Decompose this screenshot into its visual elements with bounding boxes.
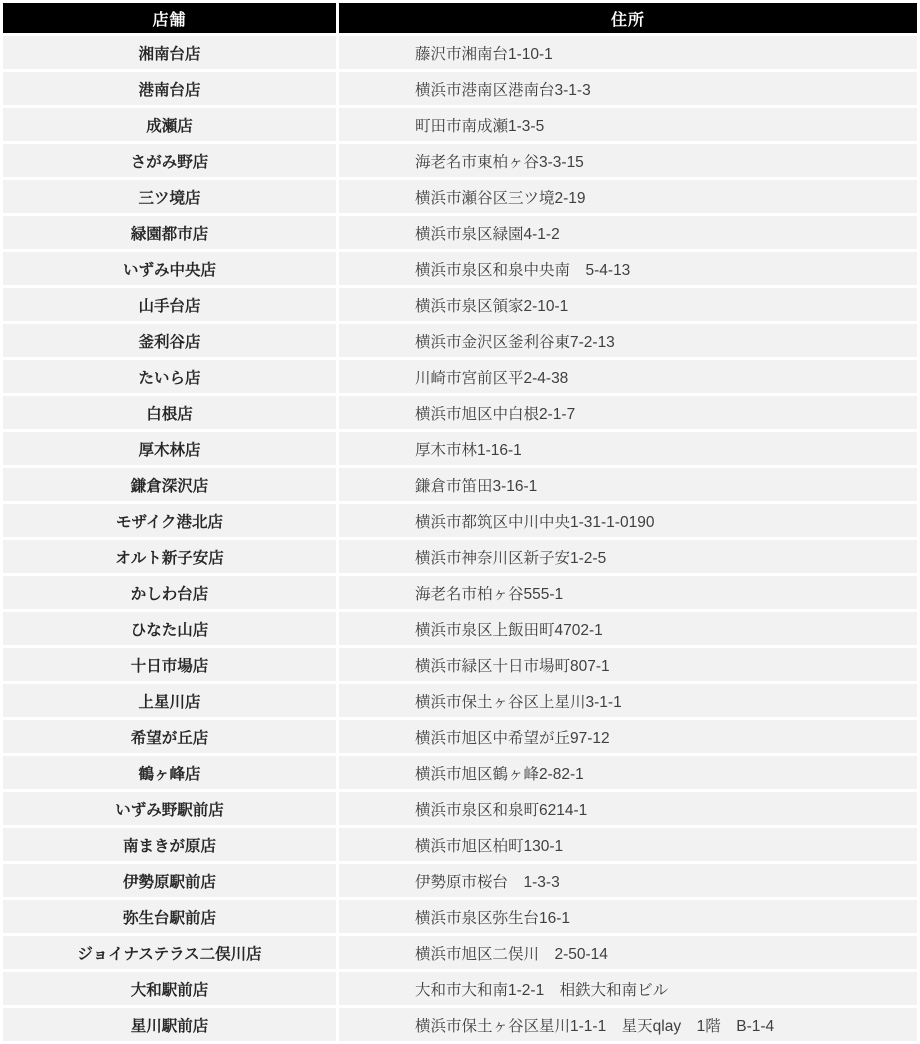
store-name-cell: いずみ中央店 [3,252,336,285]
store-name-cell: 湘南台店 [3,36,336,69]
address-cell: 海老名市柏ヶ谷555-1 [339,576,917,609]
table-row: モザイク港北店 横浜市都筑区中川中央1-31-1-0190 [3,504,917,537]
address-cell: 横浜市泉区上飯田町4702-1 [339,612,917,645]
table-row: 十日市場店 横浜市緑区十日市場町807-1 [3,648,917,681]
table-row: 山手台店 横浜市泉区領家2-10-1 [3,288,917,321]
address-cell: 横浜市泉区緑園4-1-2 [339,216,917,249]
table-row: 湘南台店 藤沢市湘南台1-10-1 [3,36,917,69]
column-header-store: 店舗 [3,3,336,33]
address-cell: 厚木市林1-16-1 [339,432,917,465]
column-header-address: 住所 [339,3,917,33]
table-row: 弥生台駅前店 横浜市泉区弥生台16-1 [3,900,917,933]
address-cell: 鎌倉市笛田3-16-1 [339,468,917,501]
table-row: 伊勢原駅前店 伊勢原市桜台 1-3-3 [3,864,917,897]
store-name-cell: 十日市場店 [3,648,336,681]
address-cell: 横浜市旭区中白根2-1-7 [339,396,917,429]
store-name-cell: ジョイナステラス二俣川店 [3,936,336,969]
address-cell: 横浜市金沢区釜利谷東7-2-13 [339,324,917,357]
address-cell: 川崎市宮前区平2-4-38 [339,360,917,393]
table-row: 鶴ヶ峰店 横浜市旭区鶴ヶ峰2-82-1 [3,756,917,789]
address-cell: 町田市南成瀬1-3-5 [339,108,917,141]
store-name-cell: ひなた山店 [3,612,336,645]
address-cell: 横浜市保土ヶ谷区上星川3-1-1 [339,684,917,717]
table-row: 三ツ境店 横浜市瀬谷区三ツ境2-19 [3,180,917,213]
table-header: 店舗 住所 [3,3,917,33]
address-cell: 伊勢原市桜台 1-3-3 [339,864,917,897]
address-cell: 横浜市保土ヶ谷区星川1-1-1 星天qlay 1階 B-1-4 [339,1008,917,1041]
address-cell: 横浜市旭区中希望が丘97-12 [339,720,917,753]
table-row: 港南台店 横浜市港南区港南台3-1-3 [3,72,917,105]
store-name-cell: モザイク港北店 [3,504,336,537]
store-name-cell: 山手台店 [3,288,336,321]
table-row: 白根店 横浜市旭区中白根2-1-7 [3,396,917,429]
store-name-cell: 大和駅前店 [3,972,336,1005]
address-cell: 横浜市港南区港南台3-1-3 [339,72,917,105]
table-row: ジョイナステラス二俣川店 横浜市旭区二俣川 2-50-14 [3,936,917,969]
store-name-cell: 成瀬店 [3,108,336,141]
table-row: さがみ野店 海老名市東柏ヶ谷3-3-15 [3,144,917,177]
table-row: いずみ野駅前店 横浜市泉区和泉町6214-1 [3,792,917,825]
table-row: 成瀬店 町田市南成瀬1-3-5 [3,108,917,141]
address-cell: 横浜市都筑区中川中央1-31-1-0190 [339,504,917,537]
table-row: 緑園都市店 横浜市泉区緑園4-1-2 [3,216,917,249]
table-row: ひなた山店 横浜市泉区上飯田町4702-1 [3,612,917,645]
store-name-cell: 港南台店 [3,72,336,105]
store-name-cell: 釜利谷店 [3,324,336,357]
table-row: 星川駅前店 横浜市保土ヶ谷区星川1-1-1 星天qlay 1階 B-1-4 [3,1008,917,1041]
address-cell: 藤沢市湘南台1-10-1 [339,36,917,69]
address-cell: 横浜市瀬谷区三ツ境2-19 [339,180,917,213]
table-row: 上星川店 横浜市保土ヶ谷区上星川3-1-1 [3,684,917,717]
header-row: 店舗 住所 [3,3,917,33]
table-row: いずみ中央店 横浜市泉区和泉中央南 5-4-13 [3,252,917,285]
address-cell: 横浜市旭区柏町130-1 [339,828,917,861]
store-name-cell: 厚木林店 [3,432,336,465]
table-row: 厚木林店 厚木市林1-16-1 [3,432,917,465]
store-name-cell: 希望が丘店 [3,720,336,753]
store-name-cell: オルト新子安店 [3,540,336,573]
store-name-cell: 鶴ヶ峰店 [3,756,336,789]
store-name-cell: 星川駅前店 [3,1008,336,1041]
store-table-body: 湘南台店 藤沢市湘南台1-10-1 港南台店 横浜市港南区港南台3-1-3 成瀬… [3,36,917,1041]
table-row: 大和駅前店 大和市大和南1-2-1 相鉄大和南ビル [3,972,917,1005]
store-name-cell: 上星川店 [3,684,336,717]
store-address-table: 店舗 住所 湘南台店 藤沢市湘南台1-10-1 港南台店 横浜市港南区港南台3-… [0,0,920,1044]
table-row: 希望が丘店 横浜市旭区中希望が丘97-12 [3,720,917,753]
table-row: 鎌倉深沢店 鎌倉市笛田3-16-1 [3,468,917,501]
store-name-cell: 伊勢原駅前店 [3,864,336,897]
address-cell: 大和市大和南1-2-1 相鉄大和南ビル [339,972,917,1005]
table-row: 南まきが原店 横浜市旭区柏町130-1 [3,828,917,861]
store-name-cell: 三ツ境店 [3,180,336,213]
store-name-cell: 弥生台駅前店 [3,900,336,933]
table-row: かしわ台店 海老名市柏ヶ谷555-1 [3,576,917,609]
address-cell: 横浜市泉区領家2-10-1 [339,288,917,321]
store-name-cell: いずみ野駅前店 [3,792,336,825]
address-cell: 横浜市泉区和泉町6214-1 [339,792,917,825]
table-row: 釜利谷店 横浜市金沢区釜利谷東7-2-13 [3,324,917,357]
store-name-cell: 白根店 [3,396,336,429]
page: 店舗 住所 湘南台店 藤沢市湘南台1-10-1 港南台店 横浜市港南区港南台3-… [0,0,920,1044]
address-cell: 横浜市神奈川区新子安1-2-5 [339,540,917,573]
address-cell: 海老名市東柏ヶ谷3-3-15 [339,144,917,177]
address-cell: 横浜市旭区鶴ヶ峰2-82-1 [339,756,917,789]
table-row: オルト新子安店 横浜市神奈川区新子安1-2-5 [3,540,917,573]
store-name-cell: 南まきが原店 [3,828,336,861]
store-name-cell: かしわ台店 [3,576,336,609]
table-row: たいら店 川崎市宮前区平2-4-38 [3,360,917,393]
address-cell: 横浜市泉区和泉中央南 5-4-13 [339,252,917,285]
address-cell: 横浜市緑区十日市場町807-1 [339,648,917,681]
store-name-cell: 鎌倉深沢店 [3,468,336,501]
address-cell: 横浜市旭区二俣川 2-50-14 [339,936,917,969]
store-name-cell: 緑園都市店 [3,216,336,249]
store-name-cell: さがみ野店 [3,144,336,177]
address-cell: 横浜市泉区弥生台16-1 [339,900,917,933]
store-name-cell: たいら店 [3,360,336,393]
